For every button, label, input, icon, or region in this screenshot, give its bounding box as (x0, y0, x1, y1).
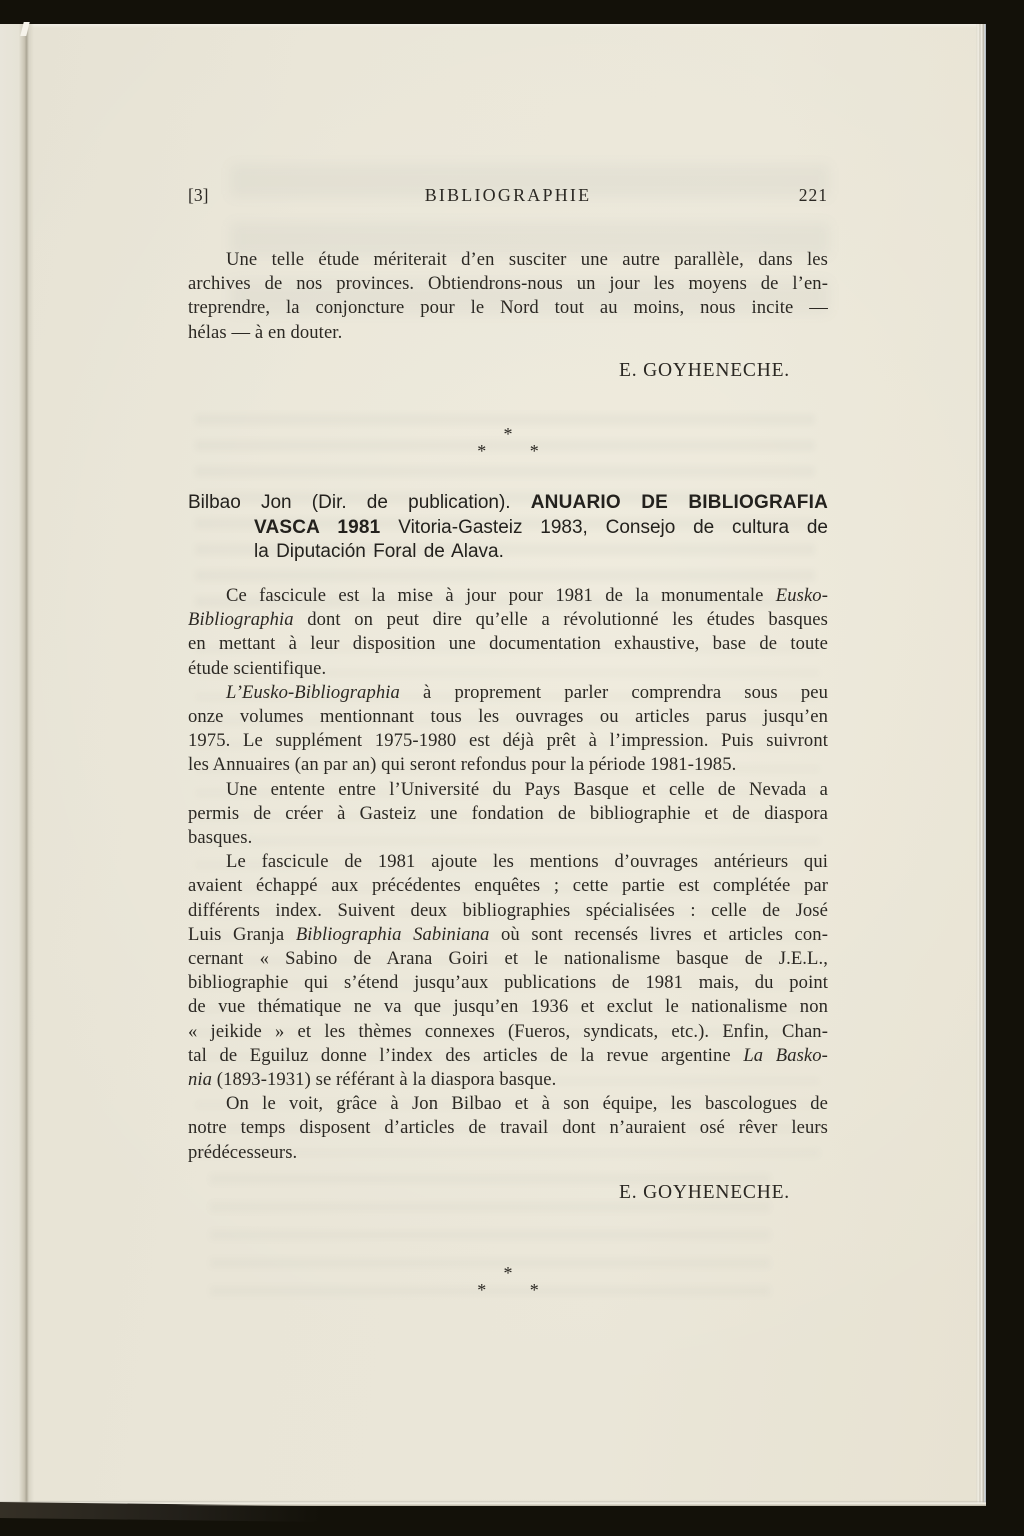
text-line: archives de nos provinces. Obtiendrons-n… (188, 272, 828, 296)
paragraph: Une entente entre l’Université du Pays B… (188, 778, 828, 851)
page-number: 221 (738, 185, 828, 206)
text-line: notre temps disposent d’articles de trav… (188, 1116, 828, 1140)
author-signature: E. GOYHENECHE. (188, 360, 828, 382)
text-line: en mettant à leur disposition une docume… (188, 632, 828, 656)
text-line: la Diputación Foral de Alava. (188, 540, 828, 565)
running-head: [3] BIBLIOGRAPHIE 221 (188, 185, 828, 209)
text-line: Une telle étude mériterait d’en susciter… (188, 248, 828, 272)
paragraph: L’Eusko-Bibliographia à proprement parle… (188, 681, 828, 778)
text-line: nia (1893-1931) se référant à la diaspor… (188, 1068, 828, 1092)
text-line: L’Eusko-Bibliographia à proprement parle… (188, 681, 828, 705)
text-line: cernant « Sabino de Arana Goiri et le na… (188, 947, 828, 971)
text-line: basques. (188, 826, 828, 850)
paragraph: On le voit, grâce à Jon Bilbao et à son … (188, 1092, 828, 1165)
text-line: permis de créer à Gasteiz une fondation … (188, 802, 828, 826)
text-line: Le fascicule de 1981 ajoute les mentions… (188, 850, 828, 874)
text-line: onze volumes mentionnant tous les ouvrag… (188, 705, 828, 729)
bibliography-entry: Bilbao Jon (Dir. de publication). ANUARI… (188, 491, 828, 565)
page-title: BIBLIOGRAPHIE (278, 185, 738, 206)
paragraph: Ce fascicule est la mise à jour pour 198… (188, 584, 828, 681)
text-line: Ce fascicule est la mise à jour pour 198… (188, 584, 828, 608)
section-separator: * * * (188, 1265, 828, 1299)
book-page: [3] BIBLIOGRAPHIE 221 Une telle étude mé… (0, 24, 986, 1506)
intro-paragraph: Une telle étude mériterait d’en susciter… (188, 248, 828, 345)
page-underside-shadow (0, 1502, 320, 1522)
text-line: Une entente entre l’Université du Pays B… (188, 778, 828, 802)
text-line: les Annuaires (an par an) qui seront ref… (188, 753, 828, 777)
scanned-book-photo: [3] BIBLIOGRAPHIE 221 Une telle étude mé… (0, 0, 1024, 1536)
text-line: étude scientifique. (188, 657, 828, 681)
text-line: hélas — à en douter. (188, 321, 828, 345)
page-gutter-fold (0, 24, 34, 1506)
text-line: Bibliographia dont on peut dire qu’elle … (188, 608, 828, 632)
text-line: bibliographie qui s’étend jusqu’aux publ… (188, 971, 828, 995)
text-line: 1975. Le supplément 1975-1980 est déjà p… (188, 729, 828, 753)
paragraph: Le fascicule de 1981 ajoute les mentions… (188, 850, 828, 1092)
asterisk-row: * * (188, 443, 828, 460)
text-line: Bilbao Jon (Dir. de publication). ANUARI… (188, 491, 828, 516)
text-line: Luis Granja Bibliographia Sabiniana où s… (188, 923, 828, 947)
author-signature: E. GOYHENECHE. (188, 1182, 828, 1204)
text-line: « jeikide » et les thèmes connexes (Fuer… (188, 1020, 828, 1044)
paragraph: Une telle étude mériterait d’en susciter… (188, 248, 828, 345)
text-line: avaient échappé aux précédentes enquêtes… (188, 874, 828, 898)
text-line: tal de Eguiluz donne l’index des article… (188, 1044, 828, 1068)
text-line: de vue thématique ne va que jusqu’en 193… (188, 995, 828, 1019)
text-line: différents index. Suivent deux bibliogra… (188, 899, 828, 923)
text-line: VASCA 1981 Vitoria-Gasteiz 1983, Consejo… (188, 516, 828, 541)
page-stack-edge-right (976, 24, 986, 1506)
text-line: treprendre, la conjoncture pour le Nord … (188, 296, 828, 320)
review-text: Ce fascicule est la mise à jour pour 198… (188, 584, 828, 1165)
section-separator: * * * (188, 426, 828, 460)
text-line: On le voit, grâce à Jon Bilbao et à son … (188, 1092, 828, 1116)
section-number: [3] (188, 185, 278, 206)
asterisk-row: * * (188, 1282, 828, 1299)
text-line: prédécesseurs. (188, 1141, 828, 1165)
